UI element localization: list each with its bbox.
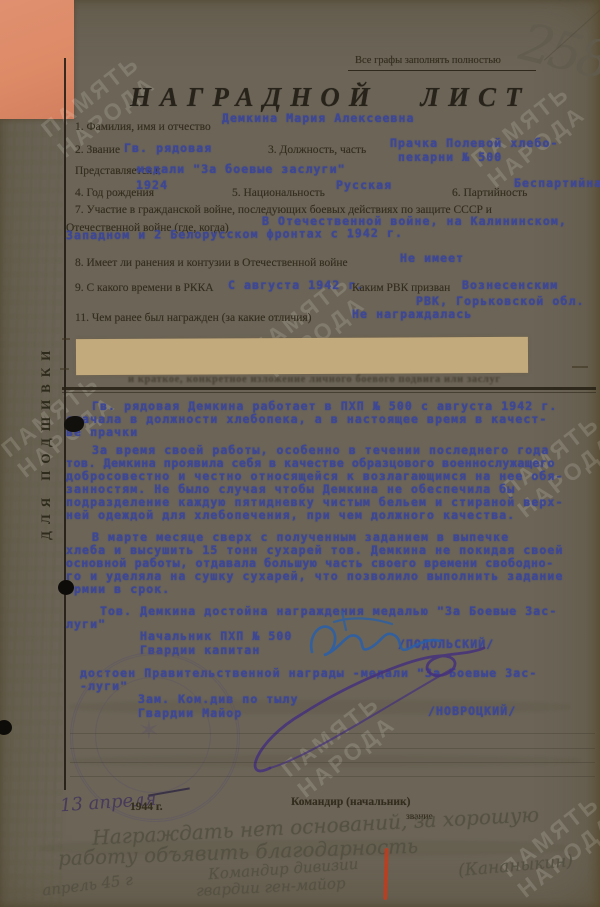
ink-blot	[64, 416, 84, 432]
body-line: армии в срок.	[66, 582, 170, 596]
resolution-signature: (Кананыкин)	[457, 851, 574, 881]
body-line: подразделение каждую пятидневку чистым б…	[66, 495, 563, 509]
body-line: го и уделяла на сушку сухарей, что позво…	[66, 569, 563, 583]
field-position-value-1: Прачка Полевой хлебо-	[390, 136, 559, 150]
corner-patch	[0, 0, 74, 119]
field-wounds-label: 8. Имеет ли ранения и контузии в Отечест…	[75, 257, 348, 269]
field-prior-awards-label: 11. Чем ранее был награжден (за какие от…	[75, 312, 311, 324]
body-line: основной работы, отдавала большую часть …	[66, 556, 554, 570]
binding-margin-label: ДЛЯ ПОДШИВКИ	[38, 280, 54, 540]
field-rkka-since-value: С августа 1942 г.	[228, 278, 364, 292]
field-rank-value: Гв. рядовая	[124, 141, 212, 155]
date-year-printed: 1944 г.	[130, 801, 163, 813]
body-line: занностям. Не было случая чтобы Демкина …	[66, 482, 515, 496]
field-birthyear-label: 4. Год рождения	[75, 187, 154, 199]
ruled-line	[70, 776, 595, 777]
stray-mark	[62, 338, 70, 340]
red-check-mark	[383, 848, 388, 900]
body-line: За время своей работы, особенно в течени…	[92, 443, 549, 457]
commander-label: Командир (начальник)	[291, 796, 410, 808]
field-rank-label: 2. Звание	[75, 144, 120, 156]
field-drafted-by-value-2: РВК, Горьковской обл.	[416, 294, 585, 308]
field-drafted-by-value: Вознесенским	[462, 278, 558, 292]
signature-ink-purple	[240, 630, 520, 780]
section-divider	[62, 387, 596, 390]
body-line: добросовестно и честно относящейся к воз…	[66, 469, 563, 483]
field-position-value-2: пекарни № 500	[398, 150, 502, 164]
field-position-label: 3. Должность, часть	[268, 144, 366, 156]
body-line: тов. Демкина проявила себя в качестве об…	[66, 456, 555, 470]
body-line: В марте месяце сверх с полученным задани…	[92, 530, 509, 544]
field-nationality-value: Русская	[336, 178, 392, 192]
stray-mark	[572, 366, 588, 368]
ruled-line	[70, 733, 595, 734]
ruled-line	[70, 748, 595, 749]
field-nationality-label: 5. Национальность	[232, 187, 325, 199]
paper-texture-right-edge	[586, 0, 600, 907]
body-line: хлеба и высушить 15 тонн сухарей тов. Де…	[66, 543, 563, 557]
body-line: ней одеждой для хлебопечения, при чем до…	[66, 508, 515, 522]
punch-hole	[58, 580, 74, 595]
redacted-area	[76, 337, 528, 375]
field-name-value: Демкина Мария Алексеевна	[222, 111, 415, 125]
body-line: Гв. рядовая Демкина работает в ПХП № 500…	[92, 399, 557, 413]
field-drafted-by-label: Каким РВК призван	[352, 282, 450, 294]
field-name-label: 1. Фамилия, имя и отчество	[75, 121, 211, 133]
note-underline	[348, 70, 536, 71]
field-prior-awards-value: Не награждалась	[352, 307, 472, 321]
fill-all-fields-note: Все графы заполнять полностью	[355, 55, 501, 66]
section-divider-thin	[62, 392, 596, 393]
page-title: НАГРАДНОЙ ЛИСТ	[130, 82, 531, 113]
nominated-for-value: медали "За боевые заслуги"	[137, 162, 346, 176]
body-line: луги"	[66, 617, 106, 631]
award-sheet-document: ПАМЯТЬ НАРОДА ПАМЯТЬ НАРОДА ПАМЯТЬ НАРОД…	[0, 0, 600, 907]
field-war-participation-value-2: Западном и 2 Белорусском фронтах с 1942 …	[66, 226, 403, 242]
section-instruction-blurred: и краткое, конкретное изложение личного …	[128, 374, 501, 385]
body-line: сначала в должности хлебопека, а в насто…	[66, 412, 547, 426]
round-stamp-star-icon: ✶	[138, 716, 160, 746]
stray-mark	[60, 368, 69, 370]
field-rkka-since-label: 9. С какого времени в РККА	[75, 282, 214, 294]
field-wounds-value: Не имеет	[400, 251, 464, 265]
ruled-line	[70, 762, 595, 763]
field-party-label: 6. Партийность	[452, 187, 527, 199]
